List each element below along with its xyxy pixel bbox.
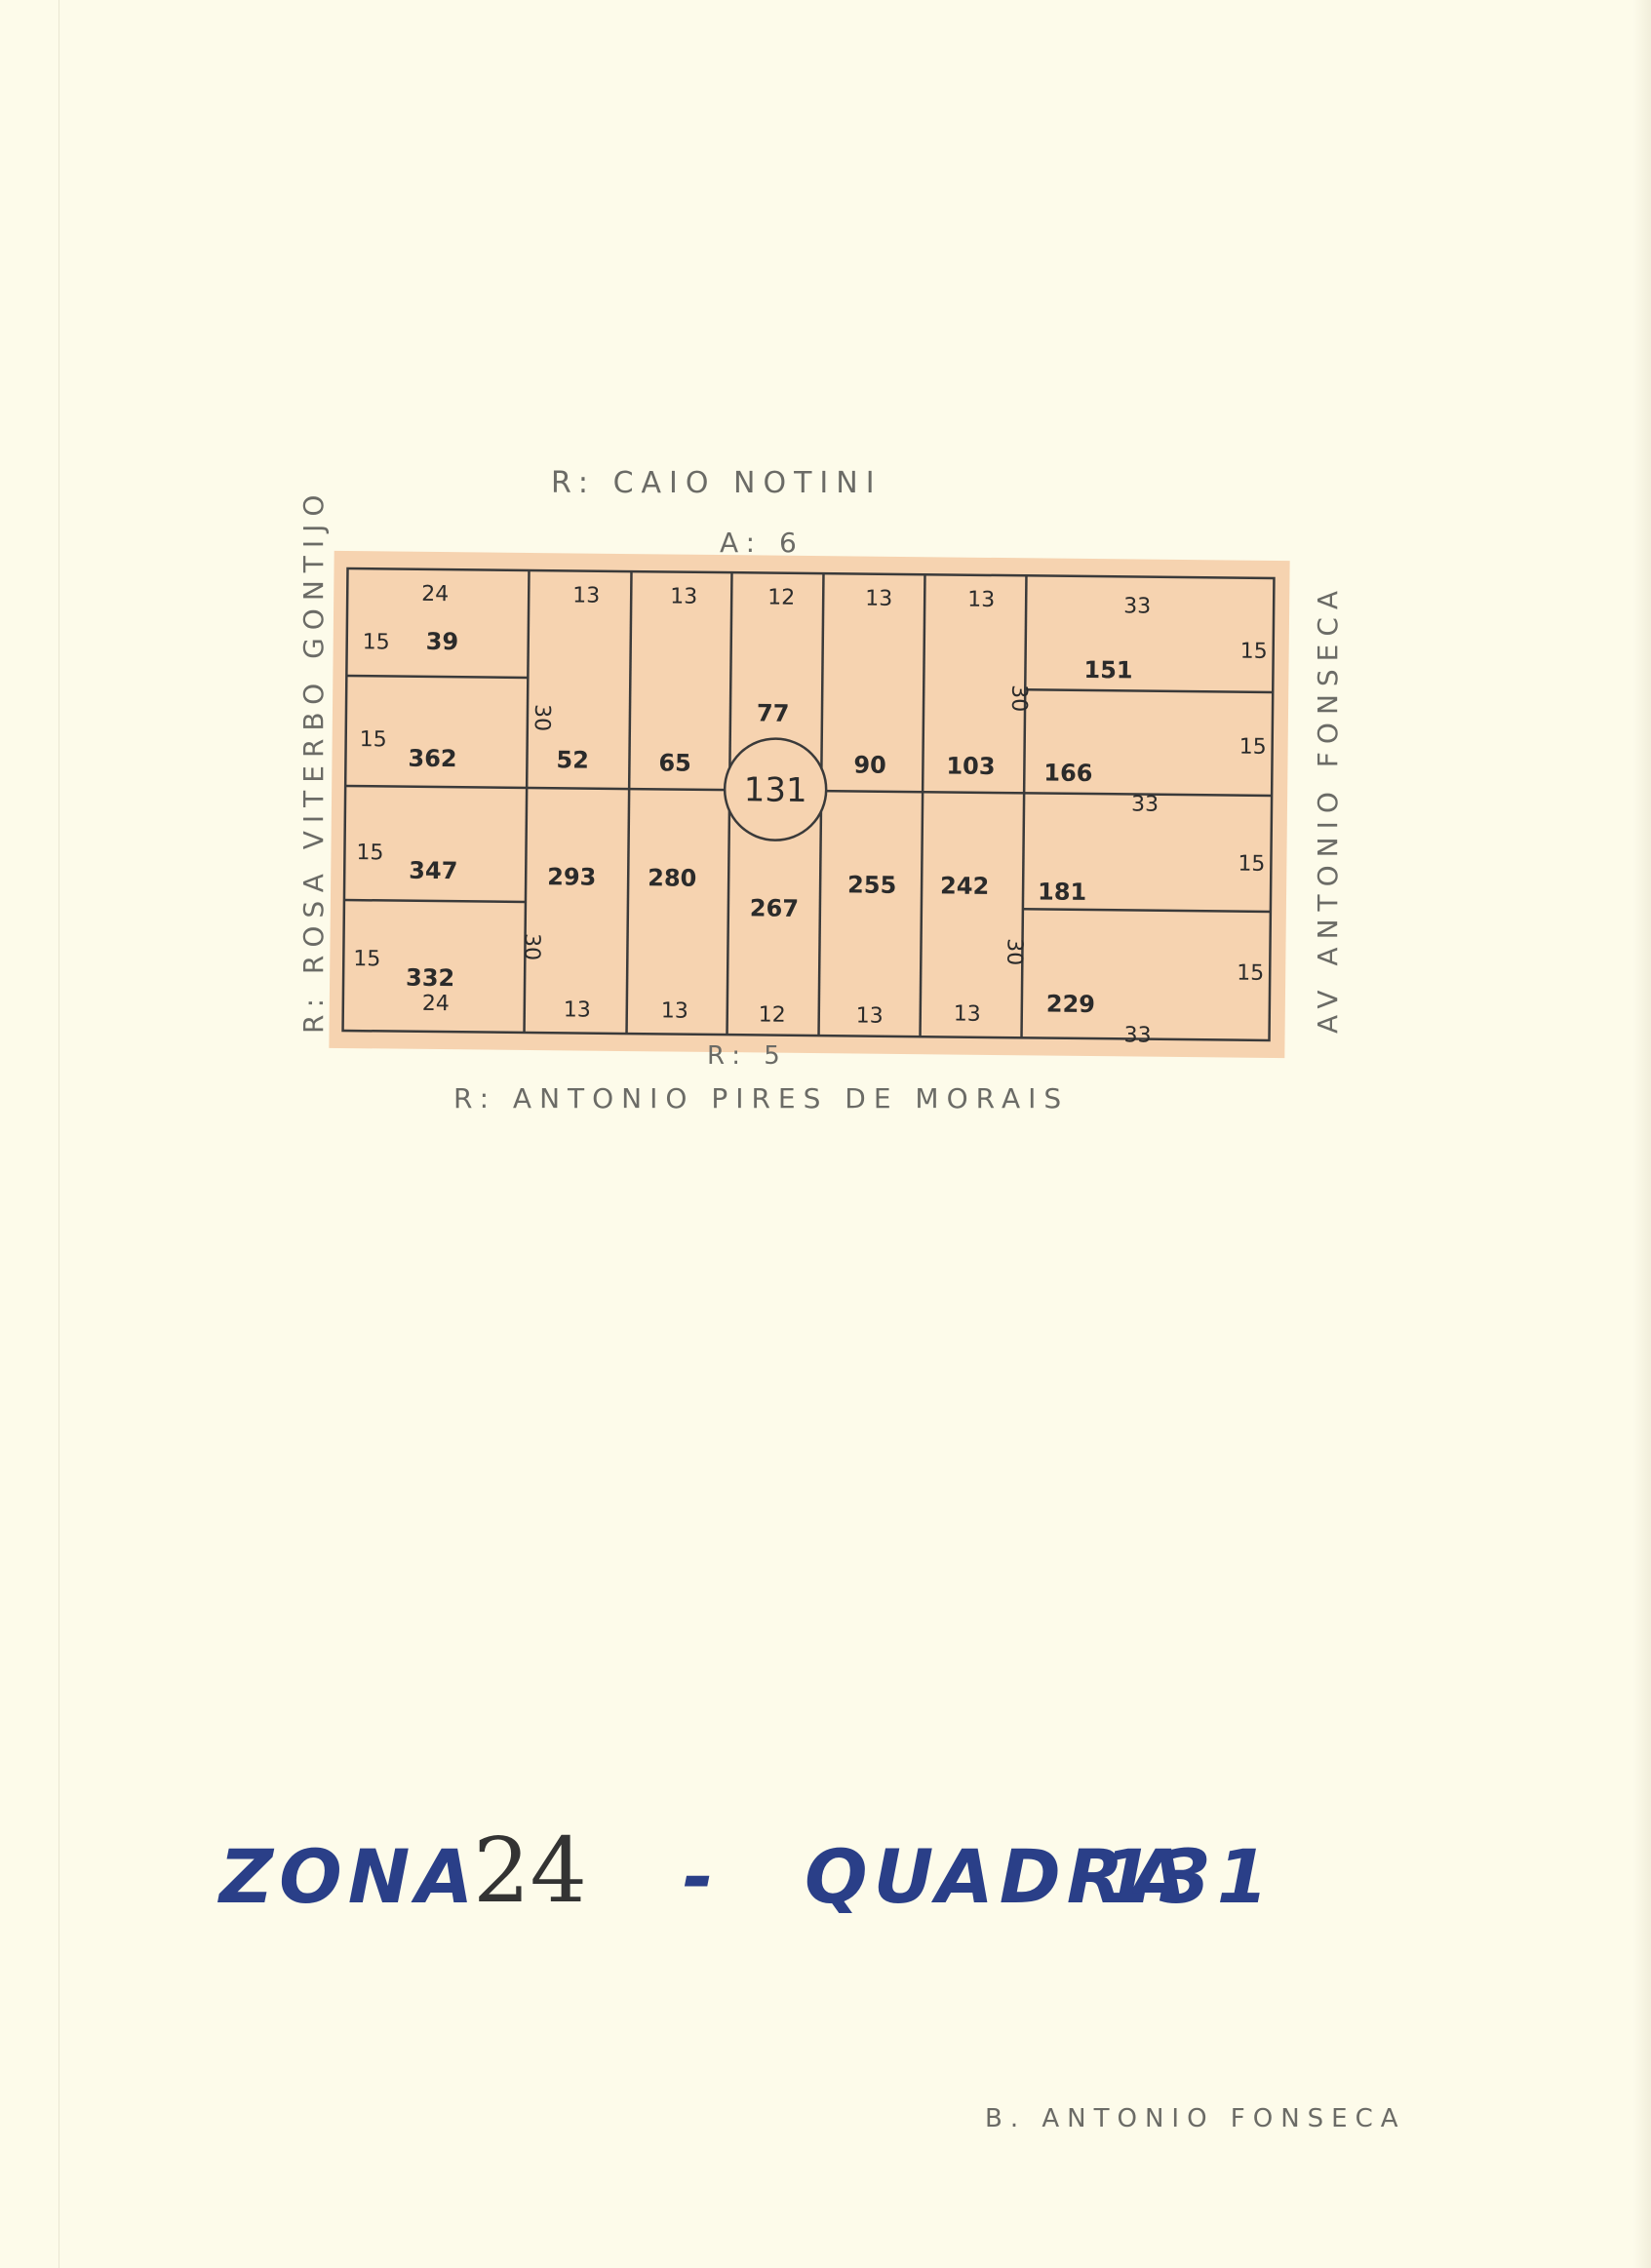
street-south-code: R: 5 bbox=[707, 1041, 788, 1071]
quadra-number: 131 bbox=[1102, 1833, 1275, 1920]
svg-text:242: 242 bbox=[940, 872, 989, 900]
street-west-label: R: ROSA VITERBO GONTIJO bbox=[297, 488, 330, 1034]
svg-text:24: 24 bbox=[422, 992, 450, 1016]
svg-text:181: 181 bbox=[1038, 878, 1086, 906]
svg-text:280: 280 bbox=[648, 864, 696, 892]
street-east-label: AV ANTONIO FONSECA bbox=[1312, 583, 1344, 1034]
svg-text:15: 15 bbox=[363, 630, 390, 654]
svg-text:24: 24 bbox=[421, 582, 449, 606]
svg-text:30: 30 bbox=[519, 933, 543, 960]
svg-text:15: 15 bbox=[1239, 735, 1267, 760]
zona-label: ZONA bbox=[219, 1833, 479, 1920]
svg-text:30: 30 bbox=[530, 704, 554, 731]
svg-text:30: 30 bbox=[1002, 938, 1026, 965]
svg-text:13: 13 bbox=[865, 587, 892, 611]
svg-text:229: 229 bbox=[1046, 991, 1095, 1019]
paper-right-edge bbox=[1633, 0, 1651, 2268]
block-map: 131 24 13 13 12 13 13 33 24 13 13 12 13 … bbox=[329, 551, 1289, 1058]
separator: - bbox=[683, 1833, 720, 1920]
street-north-code: A: 6 bbox=[720, 527, 805, 559]
svg-text:103: 103 bbox=[946, 752, 995, 780]
svg-text:33: 33 bbox=[1123, 1023, 1151, 1047]
svg-text:33: 33 bbox=[1123, 594, 1151, 618]
svg-text:166: 166 bbox=[1043, 760, 1092, 788]
svg-text:347: 347 bbox=[409, 857, 457, 885]
svg-text:13: 13 bbox=[670, 584, 697, 608]
svg-text:15: 15 bbox=[356, 841, 383, 865]
svg-text:13: 13 bbox=[564, 997, 591, 1022]
page-edge bbox=[59, 0, 59, 2268]
svg-text:13: 13 bbox=[661, 998, 688, 1023]
block-map-drawing: 131 24 13 13 12 13 13 33 24 13 13 12 13 … bbox=[329, 551, 1289, 1058]
svg-text:39: 39 bbox=[426, 628, 459, 655]
svg-text:65: 65 bbox=[658, 749, 691, 776]
svg-text:15: 15 bbox=[1238, 852, 1265, 877]
svg-text:267: 267 bbox=[750, 894, 799, 922]
street-north-label: R: CAIO NOTINI bbox=[551, 466, 883, 500]
svg-text:15: 15 bbox=[353, 947, 380, 971]
svg-text:362: 362 bbox=[408, 745, 456, 773]
street-south-label: R: ANTONIO PIRES DE MORAIS bbox=[453, 1082, 1069, 1114]
block-number: 131 bbox=[743, 770, 806, 810]
svg-text:13: 13 bbox=[572, 583, 600, 607]
svg-text:12: 12 bbox=[759, 1002, 786, 1027]
svg-text:90: 90 bbox=[853, 751, 886, 778]
svg-text:13: 13 bbox=[967, 588, 995, 612]
svg-text:13: 13 bbox=[856, 1004, 884, 1029]
svg-text:13: 13 bbox=[954, 1002, 981, 1027]
svg-text:30: 30 bbox=[1006, 684, 1031, 712]
svg-text:15: 15 bbox=[1237, 961, 1264, 986]
svg-text:15: 15 bbox=[360, 727, 387, 752]
svg-text:77: 77 bbox=[757, 699, 790, 726]
svg-text:15: 15 bbox=[1240, 640, 1268, 664]
zona-number: 24 bbox=[473, 1818, 587, 1923]
svg-text:332: 332 bbox=[406, 964, 454, 993]
svg-text:255: 255 bbox=[847, 871, 896, 899]
svg-text:52: 52 bbox=[556, 746, 589, 773]
svg-text:151: 151 bbox=[1083, 656, 1132, 684]
svg-text:33: 33 bbox=[1131, 792, 1159, 816]
svg-text:293: 293 bbox=[547, 863, 596, 891]
svg-text:12: 12 bbox=[767, 586, 795, 610]
neighborhood-label: B. ANTONIO FONSECA bbox=[985, 2104, 1406, 2133]
